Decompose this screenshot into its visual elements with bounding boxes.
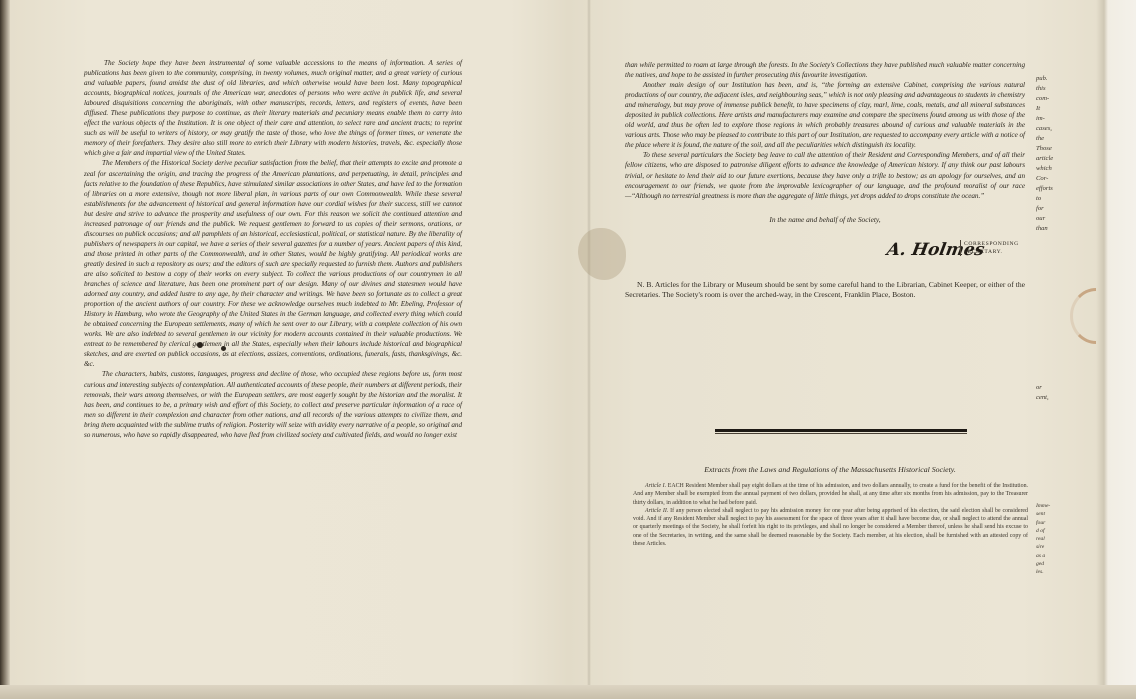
margin-fragment: this	[1036, 84, 1053, 94]
paragraph-appeal: To these several particulars the Society…	[625, 150, 1025, 200]
article-text: If any person elected shall neglect to p…	[633, 508, 1028, 547]
article-text: EACH Resident Member shall pay eight dol…	[633, 483, 1028, 506]
right-page-edge	[1096, 0, 1136, 699]
right-page: than while permitted to roam at large th…	[625, 60, 1025, 301]
paragraph-cabinet: Another main design of our Institution h…	[625, 80, 1025, 150]
article-1: Article I. EACH Resident Member shall pa…	[633, 482, 1028, 507]
margin-fragment: four	[1036, 519, 1050, 527]
margin-fragment: Those	[1036, 144, 1053, 154]
margin-fragments-top: pub. this com- It im- cases, the Those a…	[1036, 74, 1053, 234]
signature-title-line2: SECRETARY.	[964, 249, 1003, 255]
left-page: The Society hope they have been instrume…	[84, 58, 462, 440]
bottom-page-edge	[0, 685, 1136, 699]
margin-fragment: les.	[1036, 568, 1050, 576]
margin-fragment: cases,	[1036, 124, 1053, 134]
margin-fragment: sent	[1036, 510, 1050, 518]
margin-fragment: Imme-	[1036, 502, 1050, 510]
margin-fragment: article	[1036, 154, 1053, 164]
margin-fragment: ged	[1036, 560, 1050, 568]
margin-fragment: to	[1036, 194, 1053, 204]
margin-fragment: It	[1036, 104, 1053, 114]
margin-fragment: im-	[1036, 114, 1053, 124]
paragraph-publications: The Society hope they have been instrume…	[84, 58, 462, 158]
margin-fragment: cent,	[1036, 393, 1049, 403]
margin-fragment: com-	[1036, 94, 1053, 104]
margin-fragments-mid: or cent,	[1036, 383, 1049, 403]
margin-fragment: Cor-	[1036, 174, 1053, 184]
extracts-heading: Extracts from the Laws and Regulations o…	[630, 465, 1030, 474]
paragraph-natives-continued: than while permitted to roam at large th…	[625, 60, 1025, 80]
closing-line: In the name and behalf of the Society,	[625, 215, 1025, 224]
margin-fragment: efforts	[1036, 184, 1053, 194]
margin-fragment: d of	[1036, 527, 1050, 535]
thick-rule	[715, 429, 967, 432]
ink-blot	[197, 342, 203, 348]
articles-section: Article I. EACH Resident Member shall pa…	[633, 482, 1028, 548]
left-page-edge	[0, 0, 10, 699]
signature-title-line1: CORRESPONDING	[964, 241, 1019, 247]
margin-fragment: as a	[1036, 552, 1050, 560]
article-label: Article I.	[645, 483, 666, 489]
article-label: Article II.	[645, 508, 668, 514]
thin-rule	[715, 433, 967, 434]
paragraph-aboriginals: The characters, habits, customs, languag…	[84, 369, 462, 439]
margin-fragment: our	[1036, 214, 1053, 224]
article-2: Article II. If any person elected shall …	[633, 507, 1028, 548]
center-fold	[587, 0, 591, 699]
signature-title: CORRESPONDING SECRETARY.	[960, 240, 1019, 256]
margin-fragment: the	[1036, 134, 1053, 144]
margin-fragment: sire	[1036, 543, 1050, 551]
margin-fragment: real	[1036, 535, 1050, 543]
nb-note: N. B. Articles for the Library or Museum…	[625, 280, 1025, 301]
margin-fragment: for	[1036, 204, 1053, 214]
ink-blot	[221, 346, 226, 351]
paragraph-members-satisfaction: The Members of the Historical Society de…	[84, 158, 462, 369]
margin-fragment: which	[1036, 164, 1053, 174]
margin-fragments-bottom: Imme- sent four d of real sire as a ged …	[1036, 502, 1050, 577]
margin-fragment: than	[1036, 224, 1053, 234]
margin-fragment: or	[1036, 383, 1049, 393]
margin-fragment: pub.	[1036, 74, 1053, 84]
signature-block: A. Holmes CORRESPONDING SECRETARY.	[625, 232, 1025, 272]
